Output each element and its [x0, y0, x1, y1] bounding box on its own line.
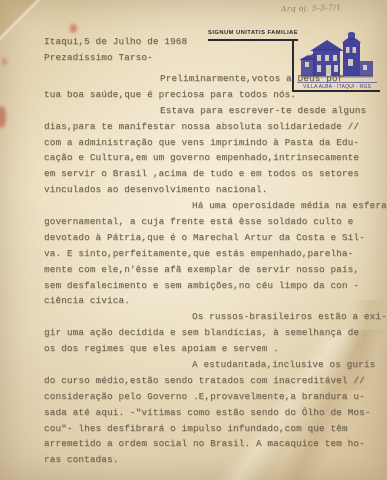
- letter-line: Há uma operosidade média na esfera: [44, 198, 380, 214]
- letter-line: Preliminarmente,votos a Deus por: [44, 71, 380, 87]
- letter-line: Os russos-brasileiros estão a exi-: [44, 309, 380, 325]
- ink-smudge: [0, 106, 6, 128]
- ink-smudge: [70, 24, 77, 33]
- letter-line: ras contadas.: [44, 452, 380, 468]
- letter-line: governamental, a cuja frente está êsse s…: [44, 214, 380, 230]
- letter-line: cou"- lhes desfibrará o impulso infundad…: [44, 421, 380, 437]
- letter-line: os dos regimes que eles apoiam e servem …: [44, 341, 380, 357]
- letter-line: sem desfalecimento e sem ambições,no céu…: [44, 278, 380, 294]
- letter-line: cação e Cultura,em um governo empenhado,…: [44, 150, 380, 166]
- archive-annotation: Arq oj. 5-3-7/1: [281, 2, 385, 14]
- letter-line: tua boa saúde,que é preciosa para todos …: [44, 87, 380, 103]
- letter-line: A estudantada,inclusive os gurís: [44, 357, 380, 373]
- letter-line: sada até aqui. -"vítimas como estão send…: [44, 405, 380, 421]
- letter-line: em servir o Brasil ,acima de tudo e em t…: [44, 166, 380, 182]
- salutation: Prezadíssimo Tarso-: [44, 52, 153, 63]
- letter-line: devotado à Pátria,que é o Marechal Artur…: [44, 230, 380, 246]
- letter-line: mente com ele,n'êsse afã exemplar de ser…: [44, 262, 380, 278]
- letter-line: consideração pelo Governo .E,provavelmen…: [44, 389, 380, 405]
- letter-line: ciência cívica.: [44, 293, 380, 309]
- letter-line: arremetido a ordem social no Brasil. A m…: [44, 436, 380, 452]
- stamp-title: SIGNUM UNITATIS FAMILIAE: [208, 30, 298, 41]
- letter-line: com a administração que vens imprimindo …: [44, 135, 380, 151]
- letter-line: dias,para te manifestar nossa absoluta s…: [44, 119, 380, 135]
- letter-line: Estava para escrever-te desde alguns: [44, 103, 380, 119]
- letter-line: vinculados ao desenvolvimento nacional.: [44, 182, 380, 198]
- date-line: Itaqui,5 de Julho de 1968: [44, 36, 187, 47]
- letter-body: Preliminarmente,votos a Deus portua boa …: [44, 71, 380, 468]
- letter-line: gir uma ação decidida e sem blandícias, …: [44, 325, 380, 341]
- ink-smudge: [2, 58, 7, 65]
- letter-line: va. E sinto,perfeitamente,que estás empe…: [44, 246, 380, 262]
- letter-line: do curso médio,estão sendo tratados com …: [44, 373, 380, 389]
- paper-fold: [0, 0, 58, 58]
- letter-page: Arq oj. 5-3-7/1 SIGNUM UNITATIS FAMILIAE: [0, 0, 387, 480]
